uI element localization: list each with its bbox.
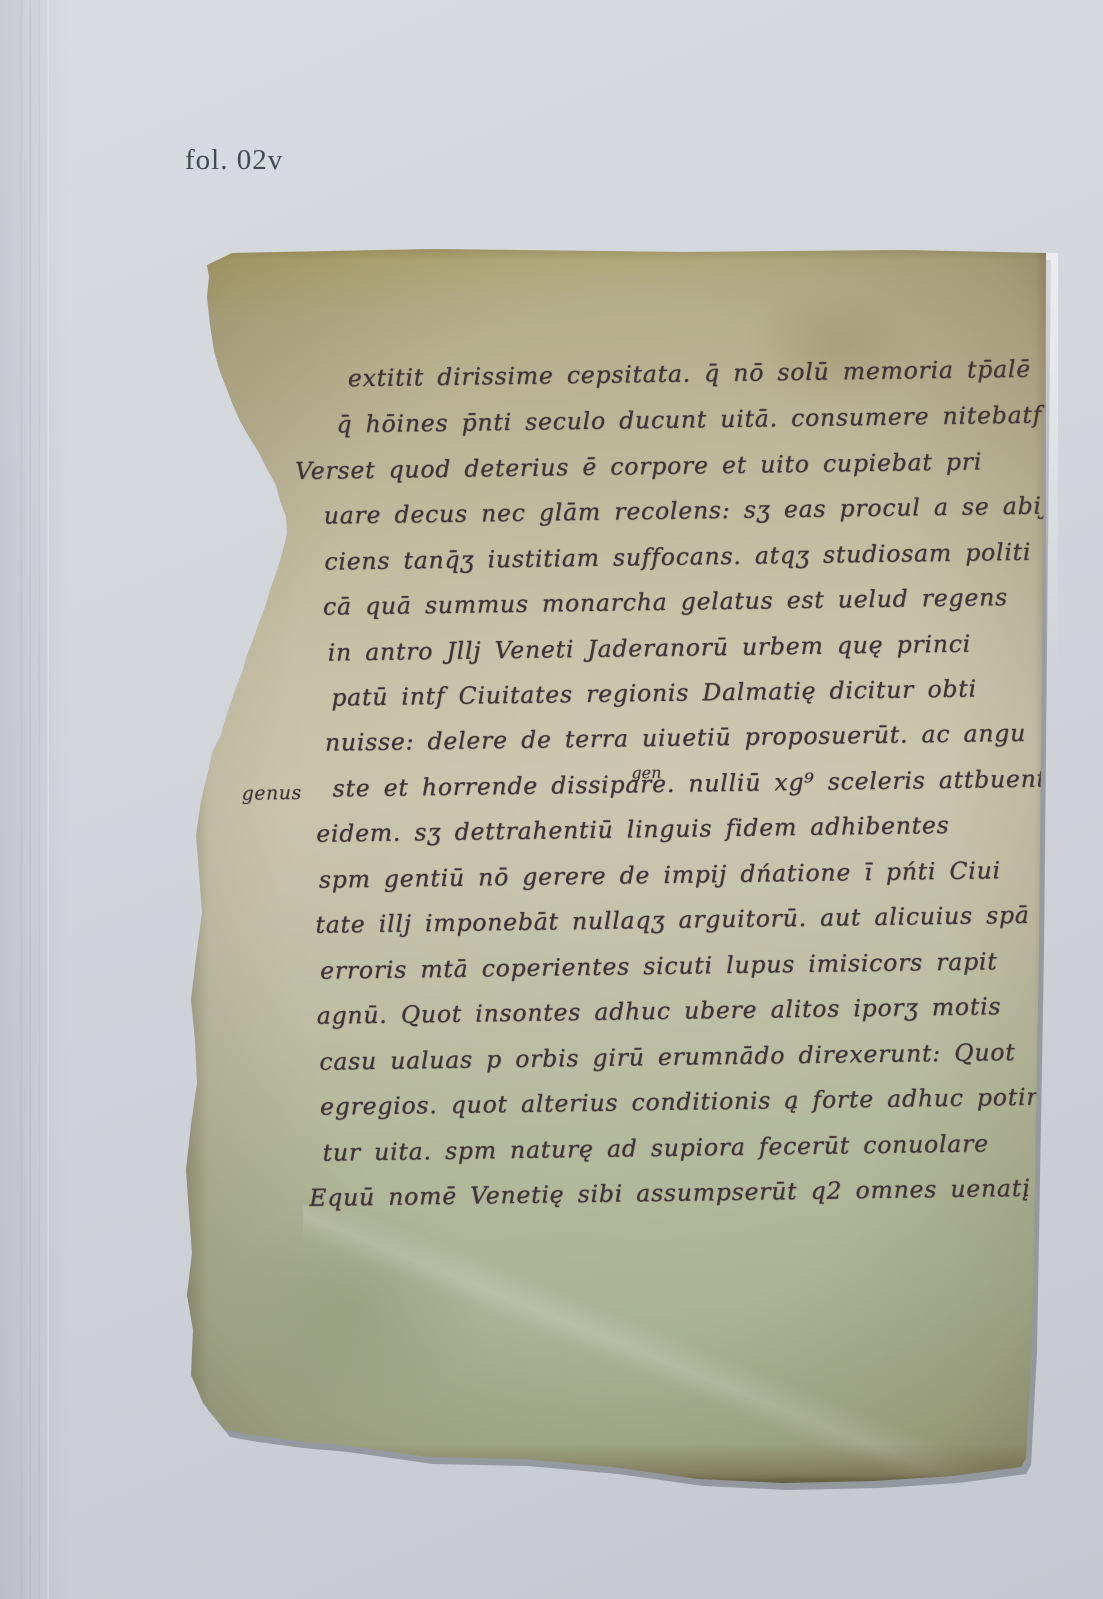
folio-label: fol. 02v	[185, 144, 283, 177]
manuscript-line: tur uita. spm naturę ad supiora fecerūt …	[322, 1129, 989, 1166]
manuscript-parchment: extitit dirissime cepsitata. q̄ nō solū …	[183, 245, 1048, 1490]
manuscript-line: extitit dirissime cepsitata. q̄ nō solū …	[348, 355, 1031, 393]
manuscript-line: casu ualuas p orbis girū erumnādo direxe…	[319, 1038, 1015, 1076]
manuscript-line: ciens tanq̄ʒ iustitiam suffocans. atqʒ s…	[324, 538, 1031, 576]
manuscript-line: nuisse: delere de terra uiuetiū proposue…	[325, 719, 1027, 757]
manuscript-line: patū intf Ciuitates regionis Dalmatię di…	[331, 675, 977, 712]
margin-note: genus	[242, 782, 302, 805]
manuscript-line: tate illj imponebāt nullaqʒ arguitorū. a…	[315, 901, 1030, 939]
manuscript-line: q̄ hōines p̄nti seculo ducunt uitā. cons…	[336, 401, 1042, 439]
manuscript-line: eidem. sʒ dettrahentiū linguis fidem adh…	[316, 811, 950, 848]
manuscript-line: spm gentiū nō gerere de impij dńatione ī…	[319, 856, 1001, 894]
manuscript-line: Equū nomē Venetię sibi assumpserūt q2 om…	[309, 1174, 1030, 1212]
manuscript-line: in antro Jllj Veneti Jaderanorū urbem qu…	[328, 630, 972, 667]
manuscript-line: uare decus nec glām recolens: sʒ eas pro…	[324, 492, 1050, 530]
manuscript-line: ste et horrende dissipare. nulliū xg⁹ sc…	[332, 764, 1074, 802]
interlinear-note: gen	[631, 763, 661, 782]
manuscript-line: agnū. Quot insontes adhuc ubere alitos i…	[317, 992, 1002, 1030]
manuscript-line: Verset quod deterius ē corpore et uito c…	[295, 447, 982, 485]
manuscript-line: erroris mtā coperientes sicuti lupus imi…	[320, 947, 998, 984]
page-crease-lines	[14, 0, 54, 1599]
manuscript-line: egregios. quot alterius conditionis ą fo…	[320, 1083, 1053, 1121]
manuscript-line: cā quā summus monarcha gelatus est uelud…	[323, 583, 1008, 621]
book-page-photo: fol. 02v extitit dirissime cepsitata. q̄…	[0, 0, 1103, 1599]
manuscript-text: extitit dirissime cepsitata. q̄ nō solū …	[176, 240, 1058, 1497]
page-edge-highlight	[1046, 253, 1058, 673]
